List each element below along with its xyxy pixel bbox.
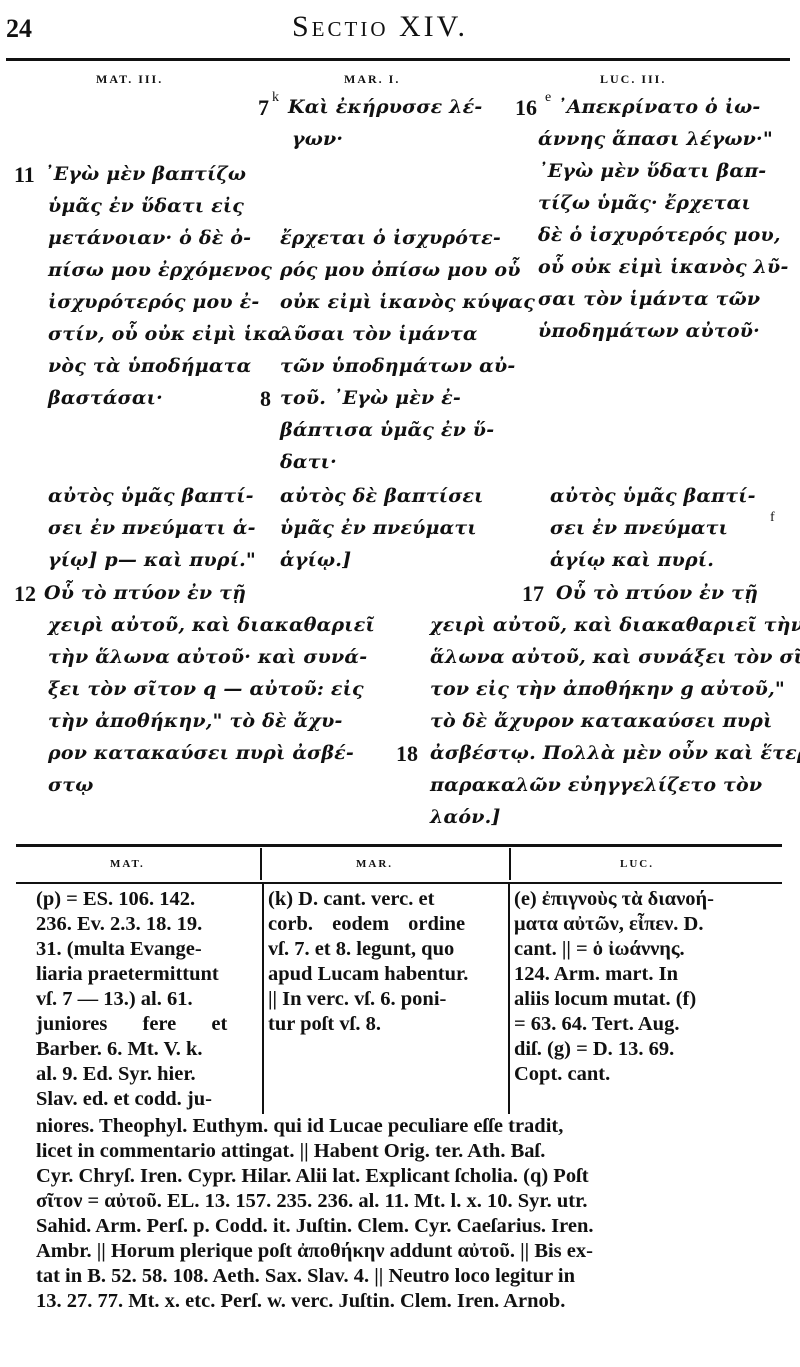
apparatus-column-divider [508,884,510,1114]
apparatus-line: Barber. 6. Mt. V. k. [36,1038,202,1061]
apparatus-line: aliis locum mutat. (f) [514,988,696,1011]
apparatus-line: Slav. ed. et codd. ju- [36,1088,212,1111]
verse-number: 16 [515,95,537,121]
verse-line: γων· [292,128,343,150]
verse-line: γίῳ] p— καὶ πυρί." [48,549,256,571]
apparatus-line: vſ. 7 — 13.) al. 61. [36,988,193,1011]
verse-line: λῦσαι τὸν ἱμάντα [280,323,478,345]
verse-line: ρον κατακαύσει πυρὶ ἀσβέ- [48,742,354,764]
apparatus-line: (k) D. cant. verc. et [268,888,434,911]
verse-line: ἁγίῳ καὶ πυρί. [550,549,714,571]
verse-line: τὴν ἅλωνα αὐτοῦ· καὶ συνά- [48,646,367,668]
verse-line: στίν, οὗ οὐκ εἰμὶ ἱκα- [48,323,290,345]
verse-number: 7 [258,95,269,121]
verse-line: μετάνοιαν· ὁ δὲ ὀ- [48,227,251,249]
note-mark: e [545,90,551,106]
verse-line: Οὗ τὸ πτύον ἐν τῇ [44,582,246,604]
verse-line: αὐτὸς ὑμᾶς βαπτί- [550,485,756,507]
apparatus-line: licet in commentario attingat. || Habent… [36,1140,545,1163]
note-mark: f [770,510,775,526]
verse-line: χειρὶ αὐτοῦ, καὶ διακαθαριεῖ τὴν [430,614,800,636]
verse-line: σαι τὸν ἱμάντα τῶν [538,288,760,310]
verse-line: στῳ [48,774,93,796]
verse-line: νὸς τὰ ὑποδήματα [48,355,251,377]
verse-line: λαόν.] [430,806,501,828]
apparatus-line: corb. eodem ordine [268,913,465,936]
verse-line: αὐτὸς δὲ βαπτίσει [280,485,484,507]
apparatus-line: 13. 27. 77. Mt. x. etc. Perſ. w. verc. J… [36,1290,565,1313]
verse-line: Καὶ ἐκήρυσσε λέ- [288,96,483,118]
verse-line: δατι· [280,451,337,473]
apparatus-line: ματα αὐτῶν, εἶπεν. D. [514,913,703,936]
verse-line: τὸ δὲ ἄχυρον κατακαύσει πυρὶ [430,710,773,732]
verse-line: ᾿Εγὼ μὲν βαπτίζω [44,163,246,185]
verse-line: τον εἰς τὴν ἀποθήκην g αὐτοῦ," [430,678,785,700]
apparatus-line: (p) = ES. 106. 142. [36,888,195,911]
verse-line: τίζω ὑμᾶς· ἔρχεται [538,192,751,214]
apparatus-line: apud Lucam habentur. [268,963,468,986]
verse-line: βαστάσαι· [48,387,163,409]
apparatus-line: liaria praetermittunt [36,963,219,986]
verse-line: ρός μου ὀπίσω μου οὗ [280,259,521,281]
apparatus-line: vſ. 7. et 8. legunt, quo [268,938,454,961]
verse-line: δὲ ὁ ἰσχυρότερός μου, [538,224,781,246]
verse-line: ἔρχεται ὁ ἰσχυρότε- [280,227,501,249]
apparatus-line: tur poſt vſ. 8. [268,1013,381,1036]
verse-number: 18 [396,741,418,767]
apparatus-line: juniores fere et [36,1013,227,1036]
verse-line: βάπτισα ὑμᾶς ἐν ὕ- [280,419,494,441]
apparatus-line: Ambr. || Horum plerique poſt ἀποθήκην ad… [36,1240,593,1263]
apparatus-line: niores. Theophyl. Euthym. qui id Lucae p… [36,1115,563,1138]
verse-number: 12 [14,581,36,607]
verse-line: ᾿Εγὼ μὲν ὕδατι βαπ- [538,160,766,182]
apparatus-line: cant. || = ὁ ἰωάννης. [514,938,685,961]
apparatus-top-rule [16,844,782,847]
apparatus-line: (e) ἐπιγνοὺς τὰ διανοή- [514,888,714,911]
apparatus-header-mat: MAT. [110,858,145,870]
verse-line: τῶν ὑποδημάτων αὐ- [280,355,515,377]
column-label-mar: MAR. I. [344,72,400,87]
apparatus-header-luc: LUC. [620,858,654,870]
verse-line: ὑποδημάτων αὐτοῦ· [538,320,760,342]
verse-number: 17 [522,581,544,607]
apparatus-line: al. 9. Ed. Syr. hier. [36,1063,196,1086]
verse-line: Οὗ τὸ πτύον ἐν τῇ [556,582,758,604]
apparatus-line: 31. (multa Evange- [36,938,202,961]
section-title: Sectio XIV. [292,10,468,44]
column-label-luc: LUC. III. [600,72,666,87]
verse-line: πίσω μου ἐρχόμενος [48,259,272,281]
apparatus-line: tat in B. 52. 58. 108. Aeth. Sax. Slav. … [36,1265,575,1288]
verse-line: ἰσχυρότερός μου ἐ- [48,291,259,313]
apparatus-header-divider [260,848,262,880]
page-number: 24 [6,14,32,44]
note-mark: k [272,90,279,106]
verse-line: ἅλωνα αὐτοῦ, καὶ συνάξει τὸν σῖ- [430,646,800,668]
verse-line: παρακαλῶν εὐηγγελίζετο τὸν [430,774,762,796]
apparatus-column-divider [262,884,264,1114]
apparatus-header-divider [509,848,511,880]
apparatus-line: diſ. (g) = D. 13. 69. [514,1038,674,1061]
verse-line: αὐτὸς ὑμᾶς βαπτί- [48,485,254,507]
verse-line: οὗ οὐκ εἰμὶ ἱκανὸς λῦ- [538,256,789,278]
verse-line: τὴν ἀποθήκην," τὸ δὲ ἄχυ- [48,710,343,732]
apparatus-line: 236. Ev. 2.3. 18. 19. [36,913,202,936]
header-rule [6,58,790,61]
verse-number: 8 [260,386,271,412]
verse-line: ᾿Απεκρίνατο ὁ ἰω- [557,96,761,118]
apparatus-line: σῖτον = αὐτοῦ. EL. 13. 157. 235. 236. al… [36,1190,587,1213]
verse-line: οὐκ εἰμὶ ἱκανὸς κύψας [280,291,535,313]
verse-line: χειρὶ αὐτοῦ, καὶ διακαθαριεῖ [48,614,375,636]
apparatus-line: Sahid. Arm. Perſ. p. Codd. it. Juſtin. C… [36,1215,594,1238]
verse-line: ὑμᾶς ἐν πνεύματι [280,517,477,539]
verse-number: 11 [14,162,35,188]
verse-line: ὑμᾶς ἐν ὕδατι εἰς [48,195,244,217]
verse-line: σει ἐν πνεύματι ἁ- [48,517,256,539]
apparatus-line: 124. Arm. mart. In [514,963,678,986]
verse-line: ἀσβέστῳ. Πολλὰ μὲν οὖν καὶ ἕτερα [430,742,800,764]
apparatus-header-mar: MAR. [356,858,393,870]
verse-line: ἁγίῳ.] [280,549,351,571]
apparatus-header-rule [16,882,782,884]
apparatus-line: Copt. cant. [514,1063,610,1086]
verse-line: τοῦ. ᾿Εγὼ μὲν ἐ- [280,387,461,409]
apparatus-line: = 63. 64. Tert. Aug. [514,1013,679,1036]
apparatus-line: || In verc. vſ. 6. poni- [268,988,446,1011]
verse-line: άννης ἅπασι λέγων·" [538,128,773,150]
apparatus-line: Cyr. Chryſ. Iren. Cypr. Hilar. Alii lat.… [36,1165,589,1188]
verse-line: σει ἐν πνεύματι [550,517,728,539]
verse-line: ξει τὸν σῖτον q — αὐτοῦ: εἰς [48,678,364,700]
column-label-mat: MAT. III. [96,72,163,87]
